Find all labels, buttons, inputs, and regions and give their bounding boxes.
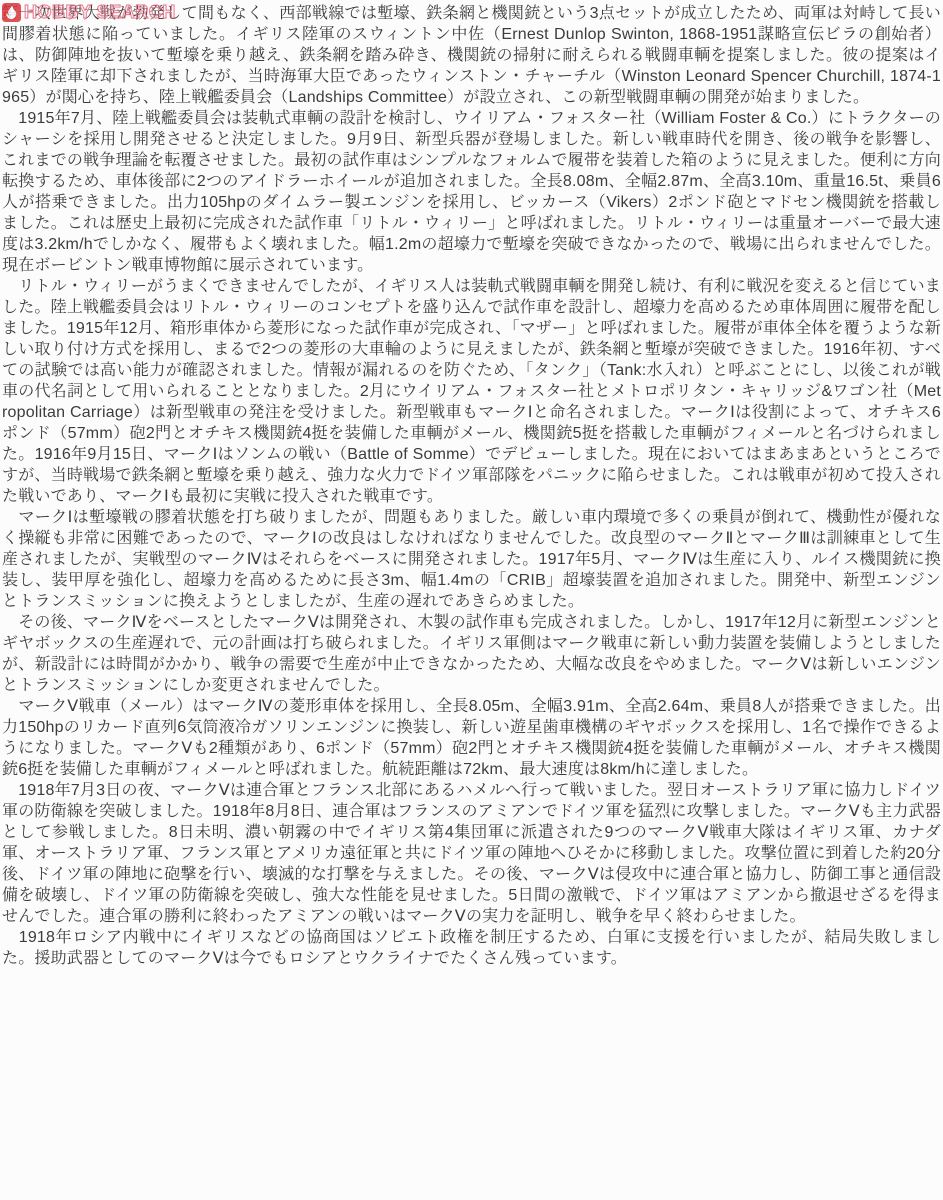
paragraph-little-willie: 1915年7月、陸上戦艦委員会は装軌式車輌の設計を検討し、ウイリアム・フォスター… — [2, 108, 941, 276]
paragraph-russia: 1918年ロシア内戦中にイギリスなどの協商国はソビエト政権を制圧するため、白軍に… — [2, 927, 941, 969]
paragraph-1918-battles: 1918年7月3日の夜、マークⅤは連合軍とフランス北部にあるハメルへ行って戦いま… — [2, 780, 941, 927]
product-description-page: HOBBY SEARCH 第一次世界大戦が勃発して間もなく、西部戦線では塹壕、鉄… — [0, 0, 943, 1200]
paragraph-mark4: マークⅠは塹壕戦の膠着状態を打ち破りましたが、問題もありました。厳しい車内環境で… — [2, 507, 941, 612]
paragraph-mark5-development: その後、マークⅣをベースとしたマークⅤは開発され、木製の試作車も完成されました。… — [2, 612, 941, 696]
paragraph-intro: 第一次世界大戦が勃発して間もなく、西部戦線では塹壕、鉄条網と機関銃という3点セッ… — [2, 3, 941, 108]
paragraph-mark5-specs: マークⅤ戦車（メール）はマークⅣの菱形車体を採用し、全長8.05m、全幅3.91… — [2, 696, 941, 780]
paragraph-mother-mark1: リトル・ウィリーがうまくできませんでしたが、イギリス人は装軌式戦闘車輌を開発し続… — [2, 276, 941, 507]
article-body: 第一次世界大戦が勃発して間もなく、西部戦線では塹壕、鉄条網と機関銃という3点セッ… — [2, 3, 941, 969]
